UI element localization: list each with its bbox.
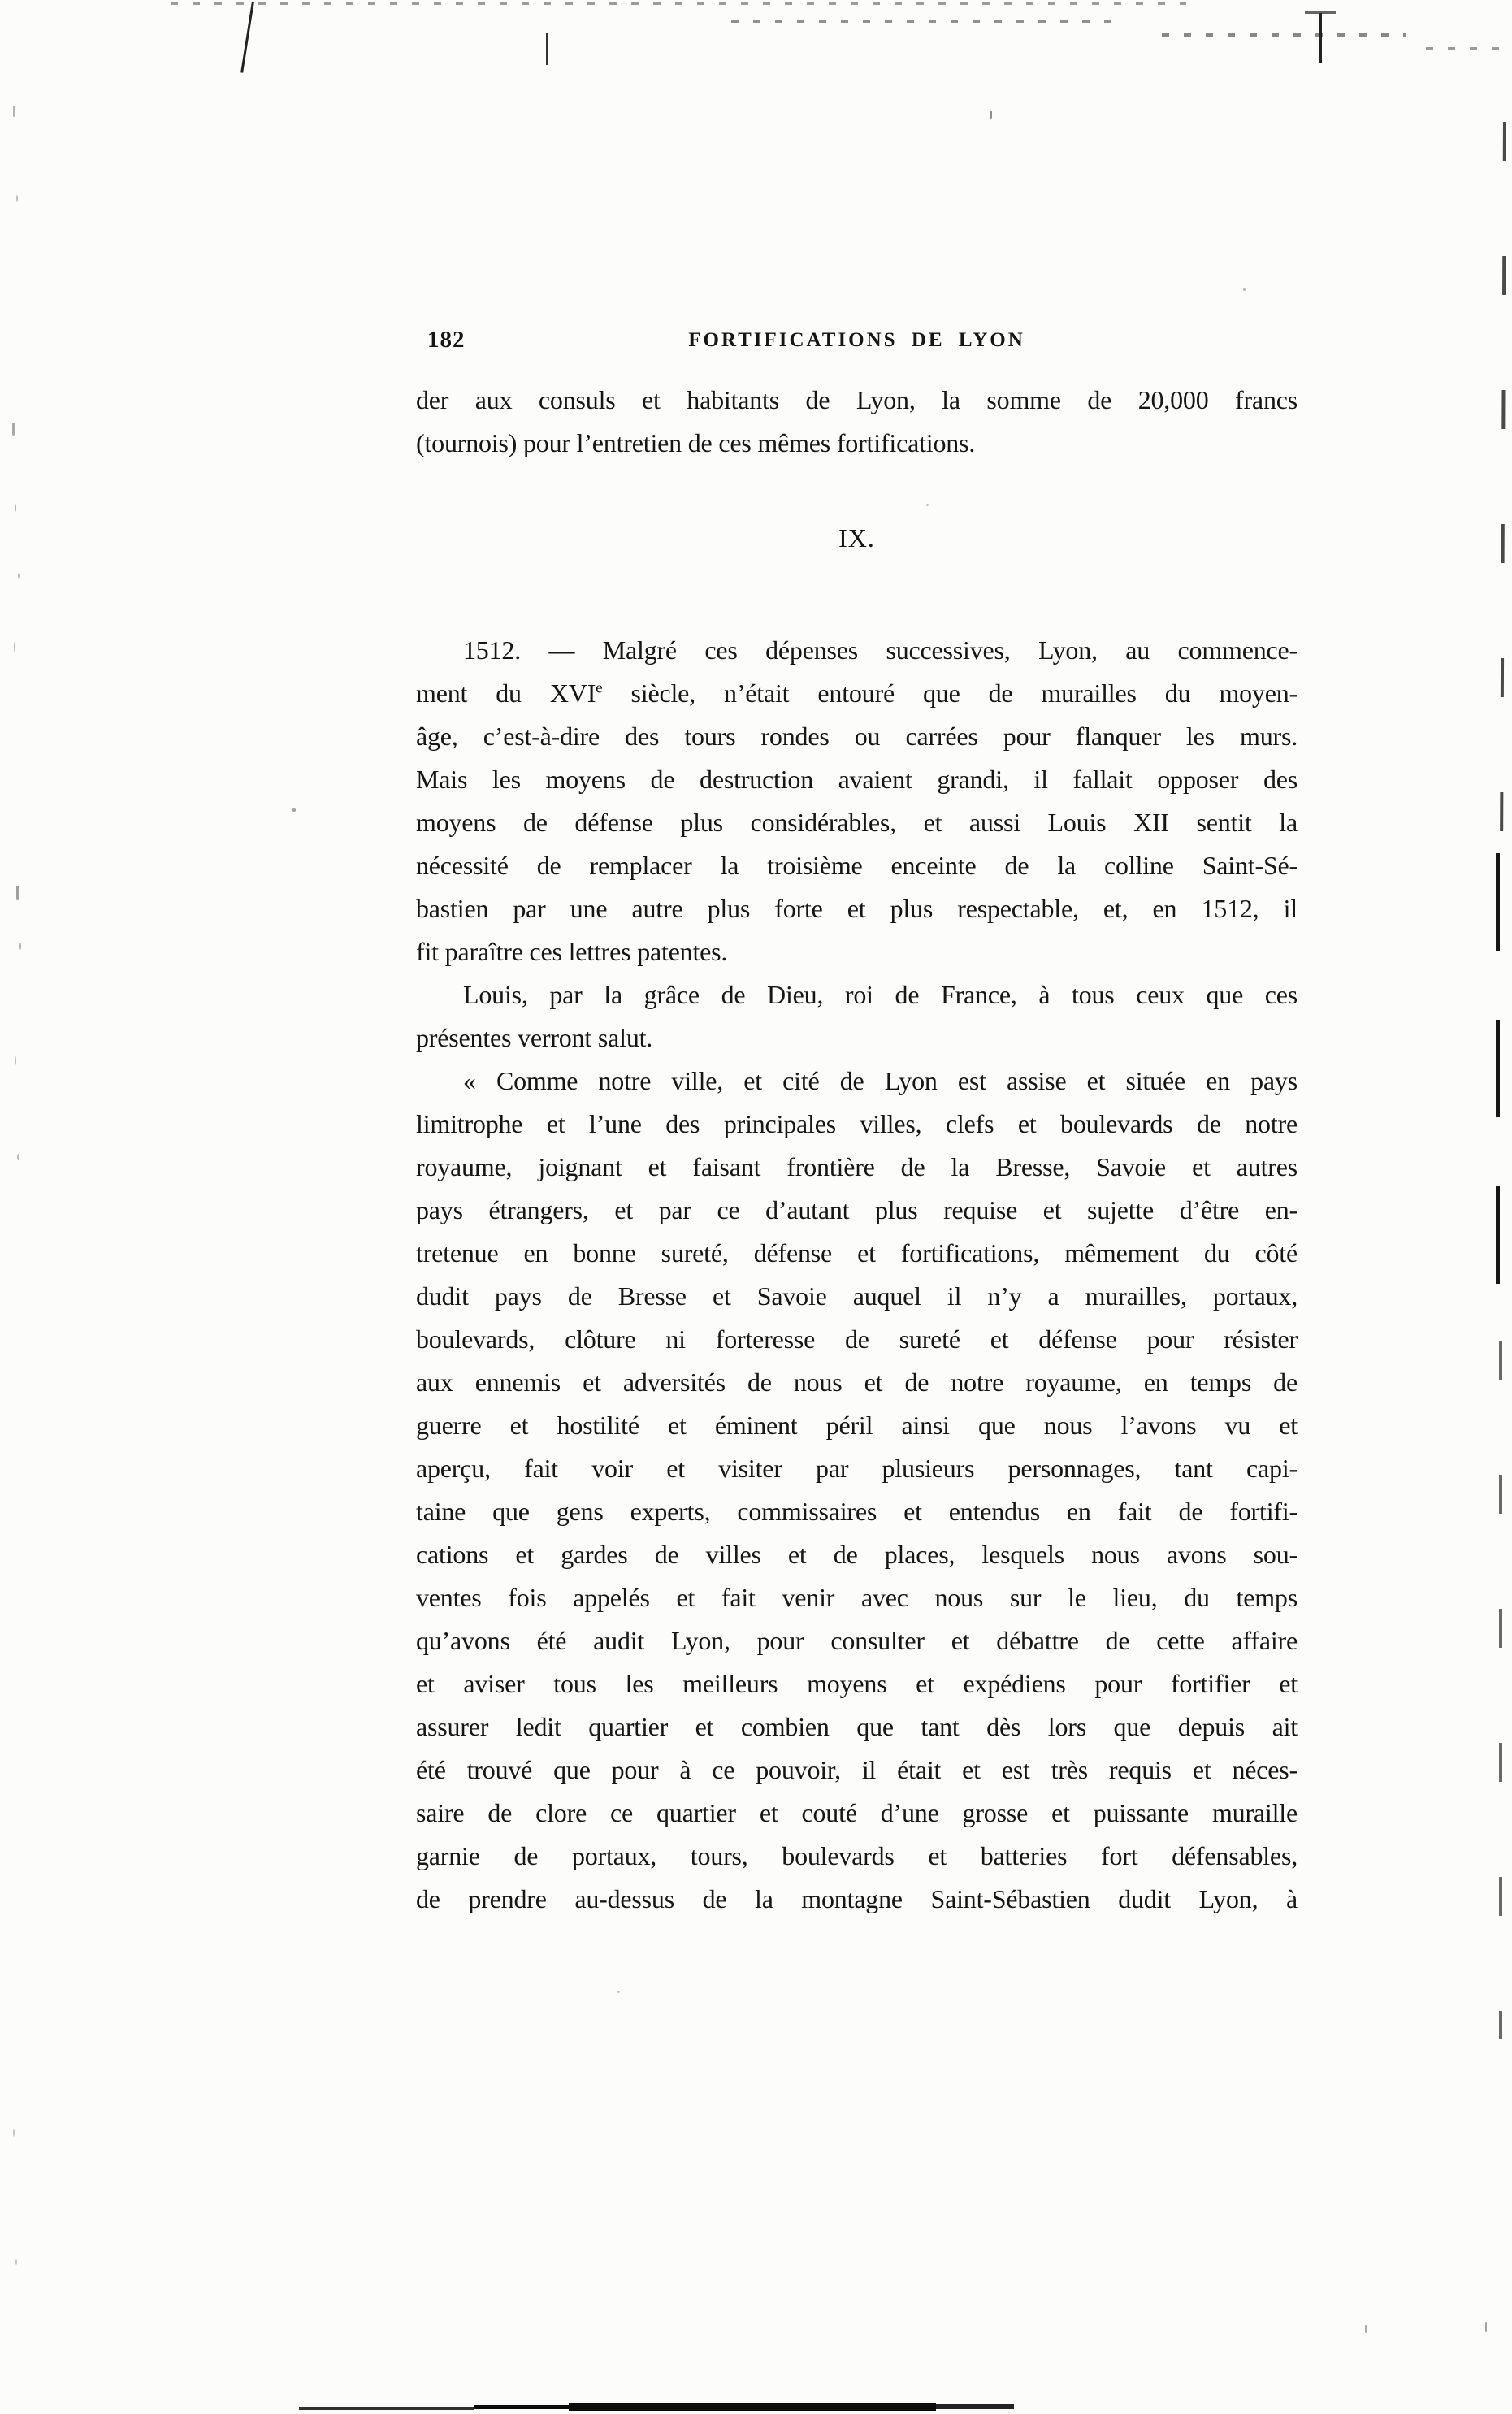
text-line: présentes verront salut. xyxy=(416,1016,1298,1060)
scan-speck xyxy=(13,106,15,117)
scanned-book-page: 182 FORTIFICATIONS DE LYON der aux consu… xyxy=(0,0,1512,2414)
text-line: der aux consuls et habitants de Lyon, la… xyxy=(416,379,1298,422)
text-line: aux ennemis et adversités de nous et de … xyxy=(416,1361,1298,1404)
text-line: limitrophe et l’une des principales vill… xyxy=(416,1103,1298,1146)
scan-speck xyxy=(18,573,20,579)
scan-speck xyxy=(13,2129,15,2137)
paragraph: Louis, par la grâce de Dieu, roi de Fran… xyxy=(416,973,1298,1060)
section-heading: IX. xyxy=(416,522,1298,554)
text-line: assurer ledit quartier et combien que ta… xyxy=(416,1705,1298,1749)
paragraph: der aux consuls et habitants de Lyon, la… xyxy=(416,379,1298,465)
scan-speckle-top xyxy=(1162,33,1406,37)
text-line: qu’avons été audit Lyon, pour consulter … xyxy=(416,1619,1298,1662)
text-line: tretenue en bonne sureté, défense et for… xyxy=(416,1232,1298,1275)
text-line: dudit pays de Bresse et Savoie auquel il… xyxy=(416,1275,1298,1318)
text-line: ment du XVIe siècle, n’était entouré que… xyxy=(416,672,1298,715)
scan-bar-bottom xyxy=(569,2403,936,2411)
paragraph-continuation: der aux consuls et habitants de Lyon, la… xyxy=(416,379,1298,465)
text-line: et aviser tous les meilleurs moyens et e… xyxy=(416,1662,1298,1705)
page-edge-dashes xyxy=(1500,122,1506,853)
text-line: âge, c’est-à-dire des tours rondes ou ca… xyxy=(416,715,1298,758)
text-line: royaume, joignant et faisant frontière d… xyxy=(416,1146,1298,1189)
scan-speckle-top xyxy=(731,20,1113,23)
text-line: moyens de défense plus considérables, et… xyxy=(416,801,1298,844)
text-line: Louis, par la grâce de Dieu, roi de Fran… xyxy=(416,973,1298,1016)
text-line: boulevards, clôture ni forteresse de sur… xyxy=(416,1318,1298,1361)
scan-speck xyxy=(990,111,992,119)
text-line: (tournois) pour l’entretien de ces mêmes… xyxy=(416,422,1298,465)
page-edge-dashes xyxy=(1496,853,1500,1308)
scan-tick xyxy=(546,33,548,65)
page-edge-dashes xyxy=(1499,1341,1502,2039)
scan-speck xyxy=(1365,2325,1367,2333)
text-line: de prendre au-dessus de la montagne Sain… xyxy=(416,1878,1298,1921)
scan-t-mark-bar xyxy=(1305,11,1336,14)
text-line: bastien par une autre plus forte et plus… xyxy=(416,887,1298,930)
running-title: FORTIFICATIONS DE LYON xyxy=(416,329,1298,352)
scan-speck xyxy=(16,886,19,900)
scan-speck xyxy=(15,1056,16,1065)
text-line: Mais les moyens de destruction avaient g… xyxy=(416,758,1298,801)
scan-speck xyxy=(1243,288,1246,291)
scan-speck xyxy=(617,1991,620,1993)
scan-speckle-top xyxy=(1426,47,1511,50)
text-block: 182 FORTIFICATIONS DE LYON der aux consu… xyxy=(416,327,1298,1921)
text-line: guerre et hostilité et éminent péril ain… xyxy=(416,1404,1298,1447)
scan-t-mark xyxy=(1319,13,1322,63)
text-line: garnie de portaux, tours, boulevards et … xyxy=(416,1835,1298,1878)
paragraph: « Comme notre ville, et cité de Lyon est… xyxy=(416,1060,1298,1921)
scan-bar-bottom xyxy=(934,2404,1014,2409)
text-line: ventes fois appelés et fait venir avec n… xyxy=(416,1576,1298,1619)
scan-speckle-top xyxy=(171,2,1186,5)
text-line: 1512. — Malgré ces dépenses successives,… xyxy=(416,629,1298,672)
scan-speck xyxy=(292,808,296,812)
scan-bar-bottom xyxy=(299,2407,474,2410)
text-line: cations et gardes de villes et de places… xyxy=(416,1533,1298,1576)
text-line: taine que gens experts, commissaires et … xyxy=(416,1490,1298,1533)
scan-stroke-diagonal xyxy=(240,2,254,72)
text-line: saire de clore ce quartier et couté d’un… xyxy=(416,1792,1298,1835)
text-line: aperçu, fait voir et visiter par plusieu… xyxy=(416,1447,1298,1490)
text-line: « Comme notre ville, et cité de Lyon est… xyxy=(416,1060,1298,1103)
scan-speck xyxy=(16,195,18,202)
text-body: 1512. — Malgré ces dépenses successives,… xyxy=(416,629,1298,1921)
scan-speck xyxy=(19,943,21,950)
scan-speck xyxy=(17,1154,19,1160)
text-line: été trouvé que pour à ce pouvoir, il éta… xyxy=(416,1749,1298,1792)
scan-speck xyxy=(14,642,15,652)
scan-speck xyxy=(15,2259,17,2265)
text-line: pays étrangers, et par ce d’autant plus … xyxy=(416,1189,1298,1232)
text-line: nécessité de remplacer la troisième ence… xyxy=(416,844,1298,887)
text-line: fit paraître ces lettres patentes. xyxy=(416,930,1298,973)
scan-speck xyxy=(1485,2322,1487,2332)
paragraph: 1512. — Malgré ces dépenses successives,… xyxy=(416,629,1298,973)
page-header: 182 FORTIFICATIONS DE LYON xyxy=(416,327,1298,353)
scan-speck xyxy=(15,504,16,512)
scan-speck xyxy=(12,423,15,436)
